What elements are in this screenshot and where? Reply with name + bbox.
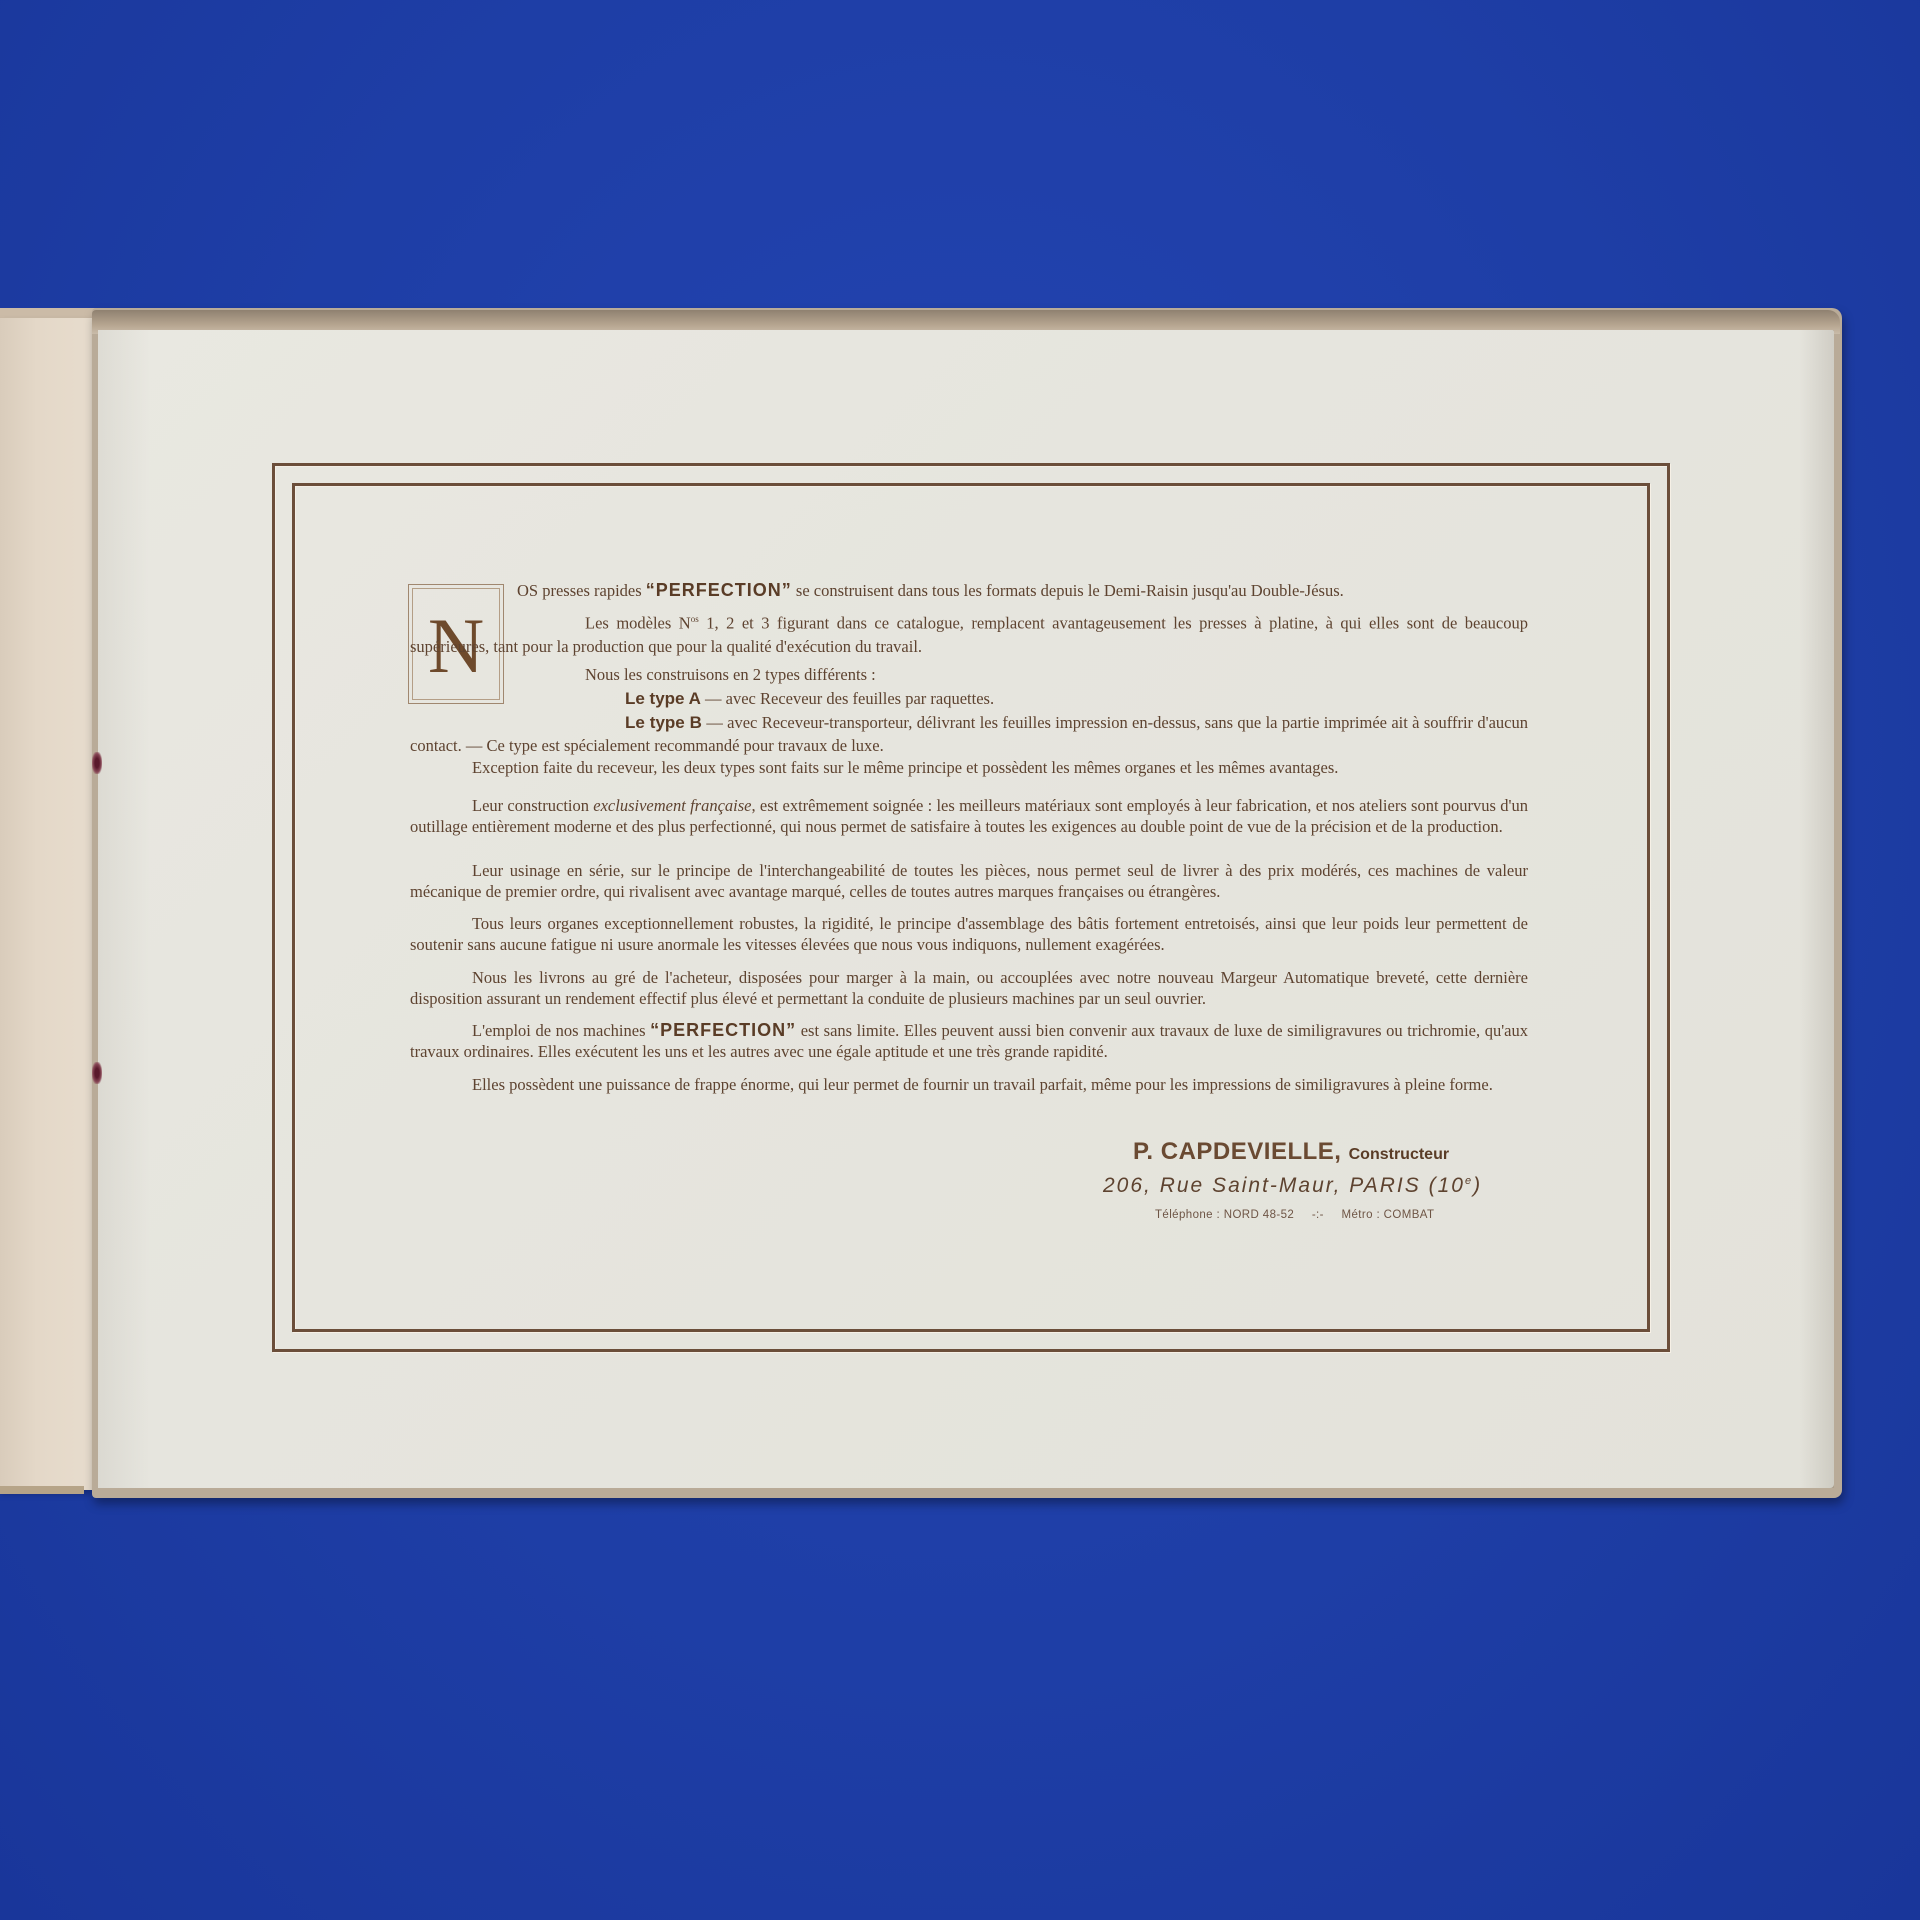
- paragraph-text: Leur usinage en série, sur le principe d…: [410, 861, 1528, 901]
- paragraph-type-b: Le type B — avec Receveur-transporteur, …: [410, 711, 1528, 757]
- left-page: [0, 318, 92, 1490]
- company-name: P. CAPDEVIELLE,: [1133, 1138, 1341, 1165]
- company-role: Constructeur: [1349, 1146, 1449, 1163]
- paragraph-text: — avec Receveur des feuilles par raquett…: [701, 689, 994, 708]
- binding-stitch-top: [92, 752, 102, 774]
- paragraph-text: se construisent dans tous les formats de…: [792, 581, 1344, 600]
- paragraph-text: Elles possèdent une puissance de frappe …: [472, 1075, 1493, 1094]
- address-superscript: e: [1465, 1175, 1473, 1187]
- address-text: 206, Rue Saint-Maur, PARIS (10: [1103, 1174, 1465, 1197]
- telephone-text: Téléphone : NORD 48-52: [1155, 1209, 1294, 1221]
- paragraph-livraison: Nous les livrons au gré de l'acheteur, d…: [410, 967, 1528, 1009]
- type-b-label: Le type B: [625, 713, 702, 732]
- paragraph-organes: Tous leurs organes exceptionnellement ro…: [410, 913, 1528, 955]
- paragraph-frappe: Elles possèdent une puissance de frappe …: [410, 1074, 1528, 1095]
- metro-text: Métro : COMBAT: [1341, 1209, 1434, 1221]
- paragraph-text: Nous les construisons en 2 types différe…: [585, 665, 876, 684]
- left-page-bottom-edge: [0, 1486, 84, 1494]
- signature-address: 206, Rue Saint-Maur, PARIS (10e): [1103, 1174, 1482, 1198]
- paragraph-types-intro: Nous les construisons en 2 types différe…: [585, 664, 1485, 685]
- paragraph-emploi: L'emploi de nos machines “PERFECTION” es…: [410, 1020, 1528, 1062]
- signature-contact: Téléphone : NORD 48-52 -:- Métro : COMBA…: [1155, 1209, 1448, 1221]
- paragraph-text: — avec Receveur-transporteur, délivrant …: [410, 713, 1528, 755]
- paragraph-exception: Exception faite du receveur, les deux ty…: [410, 757, 1528, 778]
- contact-separator: -:-: [1312, 1209, 1324, 1221]
- paragraph-intro: OS presses rapides “PERFECTION” se const…: [517, 580, 1527, 601]
- paragraph-usinage: Leur usinage en série, sur le principe d…: [410, 860, 1528, 902]
- binding-stitch-bottom: [92, 1062, 102, 1084]
- paragraph-text: Leur construction: [472, 796, 593, 815]
- italic-emphasis: exclusivement française: [593, 796, 751, 815]
- paragraph-text: Nous les livrons au gré de l'acheteur, d…: [410, 968, 1528, 1008]
- signature-name: P. CAPDEVIELLE, Constructeur: [1133, 1138, 1449, 1166]
- paragraph-text: 1, 2 et 3 figurant dans ce catalogue, re…: [410, 614, 1528, 656]
- address-close: ): [1473, 1174, 1482, 1197]
- brand-name: “PERFECTION”: [646, 580, 792, 600]
- paragraph-text: Tous leurs organes exceptionnellement ro…: [410, 914, 1528, 954]
- brand-name: “PERFECTION”: [650, 1020, 796, 1040]
- paragraph-text: Les modèles N: [585, 614, 691, 633]
- superscript: os: [691, 614, 699, 624]
- paragraph-text: Exception faite du receveur, les deux ty…: [472, 758, 1338, 777]
- paragraph-type-a: Le type A — avec Receveur des feuilles p…: [625, 688, 1525, 709]
- type-a-label: Le type A: [625, 689, 701, 708]
- paragraph-construction: Leur construction exclusivement français…: [410, 795, 1528, 837]
- paragraph-text: L'emploi de nos machines: [472, 1021, 650, 1040]
- paragraph-models: Les modèles Nos 1, 2 et 3 figurant dans …: [410, 608, 1528, 658]
- paragraph-text: OS presses rapides: [517, 581, 646, 600]
